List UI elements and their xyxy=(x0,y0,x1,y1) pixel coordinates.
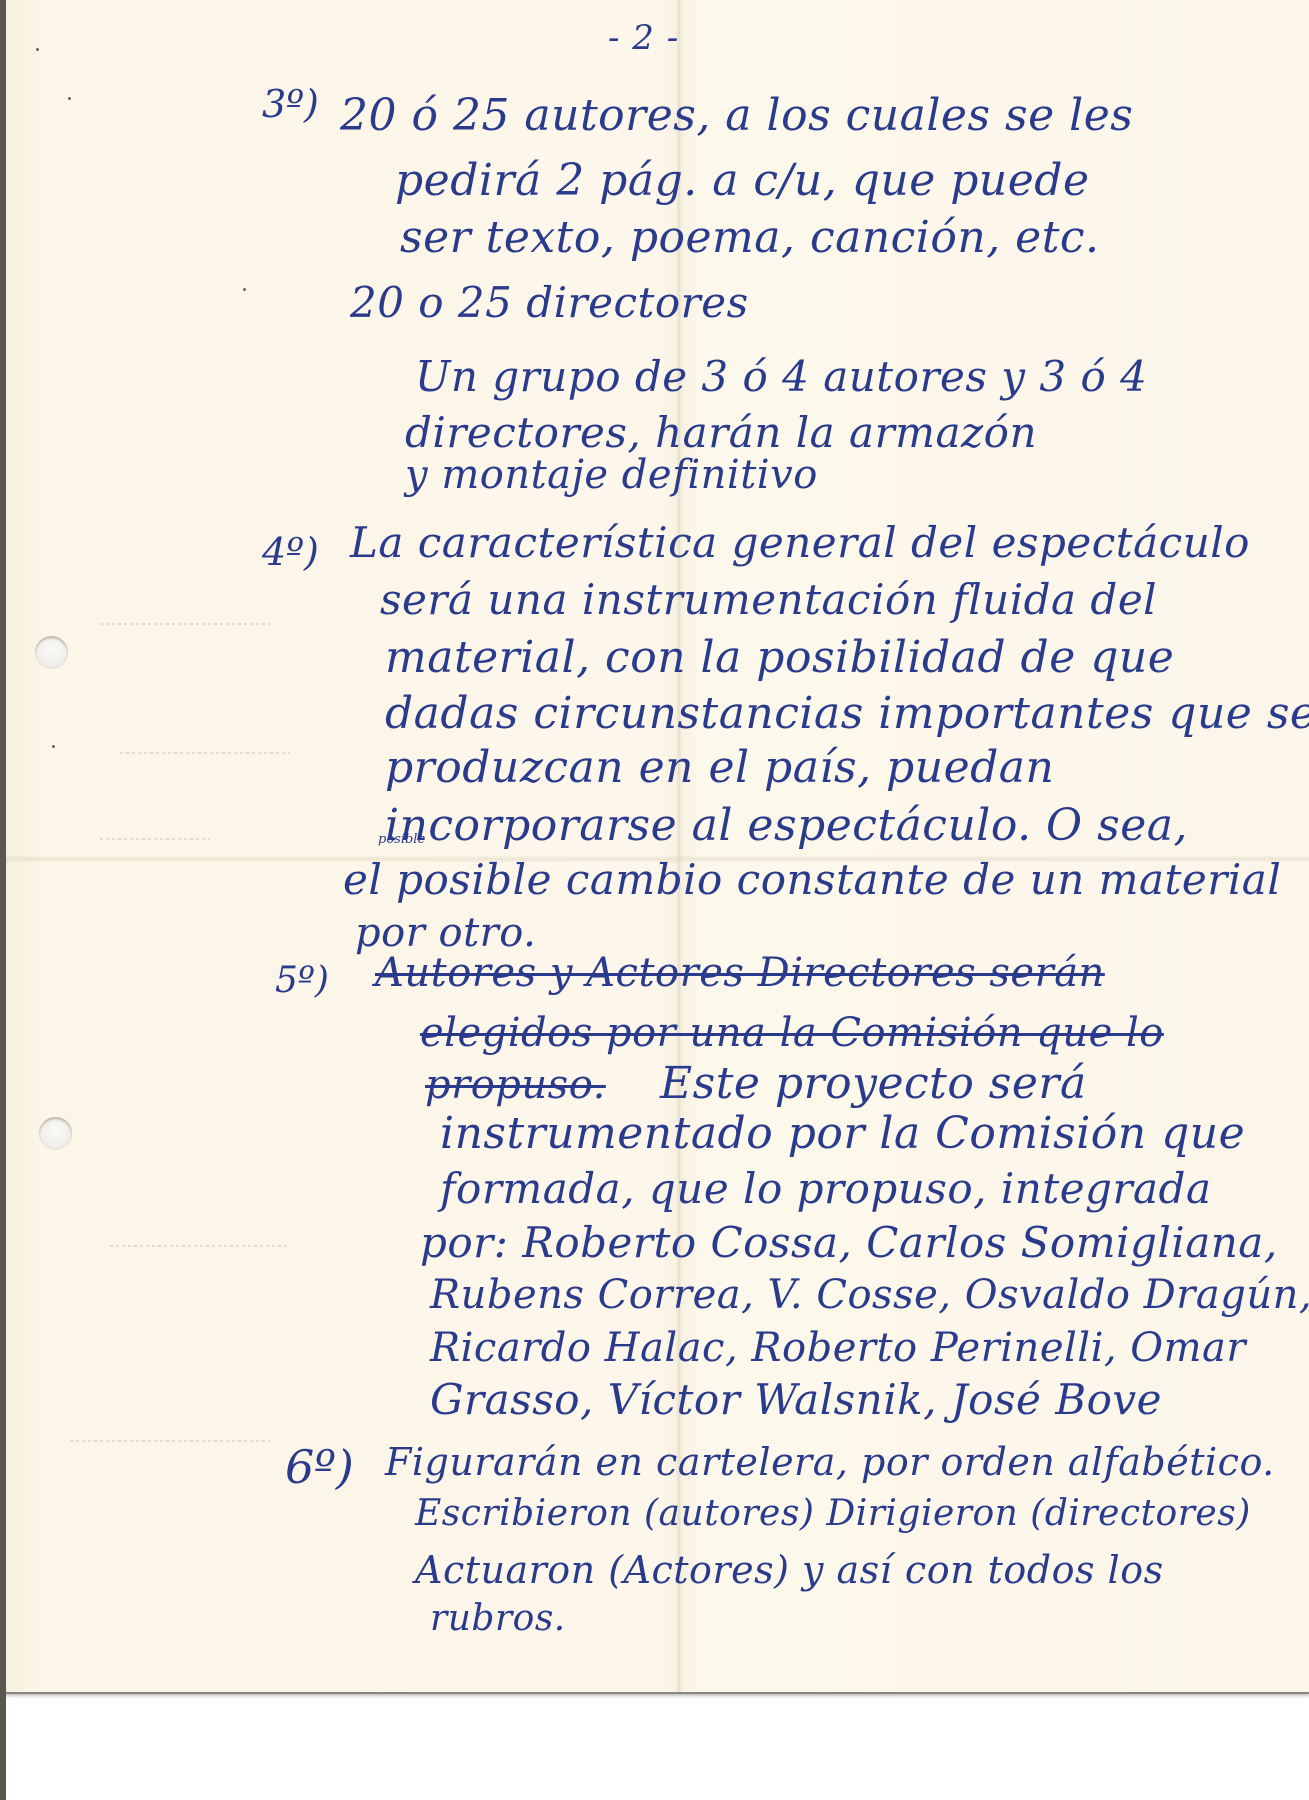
handwritten-line: Actuaron (Actores) y así con todos los xyxy=(415,1548,1164,1592)
handwritten-line: 20 ó 25 autores, a los cuales se les xyxy=(340,90,1133,141)
handwritten-line: pedirá 2 pág. a c/u, que puede xyxy=(395,155,1090,206)
handwritten-line: Escribieron (autores) Dirigieron (direct… xyxy=(415,1493,1251,1534)
item-number: 5º) xyxy=(275,960,329,1001)
paper-speck xyxy=(36,48,39,51)
paper-speck xyxy=(243,288,246,291)
paper-speck xyxy=(68,97,71,100)
paper-speck xyxy=(52,745,55,748)
paper-sheet: - 2 - 3º) 20 ó 25 autores, a los cuales … xyxy=(0,0,1309,1694)
insertion-note: posible xyxy=(378,832,425,847)
scanner-edge xyxy=(0,0,6,1800)
handwritten-line: material, con la posibilidad de que xyxy=(385,632,1174,683)
handwritten-line: produzcan en el país, puedan xyxy=(385,742,1054,793)
handwritten-line: rubros. xyxy=(430,1598,566,1639)
handwritten-line: Un grupo de 3 ó 4 autores y 3 ó 4 xyxy=(415,352,1147,401)
handwritten-line: directores, harán la armazón xyxy=(405,408,1037,457)
handwritten-line: por: Roberto Cossa, Carlos Somigliana, xyxy=(420,1218,1278,1267)
handwritten-line: Este proyecto será xyxy=(660,1058,1087,1109)
handwritten-line: dadas circunstancias importantes que se xyxy=(385,688,1309,739)
punch-hole-icon xyxy=(39,1117,72,1150)
handwritten-line: Grasso, Víctor Walsnik, José Bove xyxy=(430,1375,1162,1424)
show-through-mark xyxy=(110,1245,290,1247)
item-number: 6º) xyxy=(285,1440,354,1494)
show-through-mark xyxy=(70,1440,270,1442)
show-through-mark xyxy=(120,752,290,754)
handwritten-line: el posible cambio constante de un materi… xyxy=(343,855,1281,904)
handwritten-line: y montaje definitivo xyxy=(405,452,818,498)
handwritten-line: será una instrumentación fluida del xyxy=(380,575,1157,624)
handwritten-line: incorporarse al espectáculo. O sea, xyxy=(385,800,1188,851)
handwritten-line: 20 o 25 directores xyxy=(350,278,749,327)
handwritten-line: formada, que lo propuso, integrada xyxy=(440,1164,1211,1213)
handwritten-line: La característica general del espectácul… xyxy=(350,518,1250,567)
page-number: - 2 - xyxy=(608,18,679,58)
struck-line: elegidos por una la Comisión que lo xyxy=(420,1010,1164,1056)
handwritten-line: ser texto, poema, canción, etc. xyxy=(400,212,1100,263)
show-through-mark xyxy=(100,838,210,840)
handwritten-line: instrumentado por la Comisión que xyxy=(440,1108,1245,1159)
show-through-mark xyxy=(100,623,270,625)
handwritten-line: Figurarán en cartelera, por orden alfabé… xyxy=(385,1440,1275,1484)
item-number: 3º) xyxy=(262,82,319,126)
handwritten-line: Ricardo Halac, Roberto Perinelli, Omar xyxy=(430,1325,1246,1371)
scanned-document: - 2 - 3º) 20 ó 25 autores, a los cuales … xyxy=(0,0,1309,1800)
struck-line: propuso. xyxy=(425,1062,606,1108)
struck-line: Autores y Actores Directores serán xyxy=(375,950,1105,996)
punch-hole-icon xyxy=(35,636,68,669)
item-number: 4º) xyxy=(262,530,319,574)
handwritten-line: Rubens Correa, V. Cosse, Osvaldo Dragún, xyxy=(430,1272,1309,1318)
